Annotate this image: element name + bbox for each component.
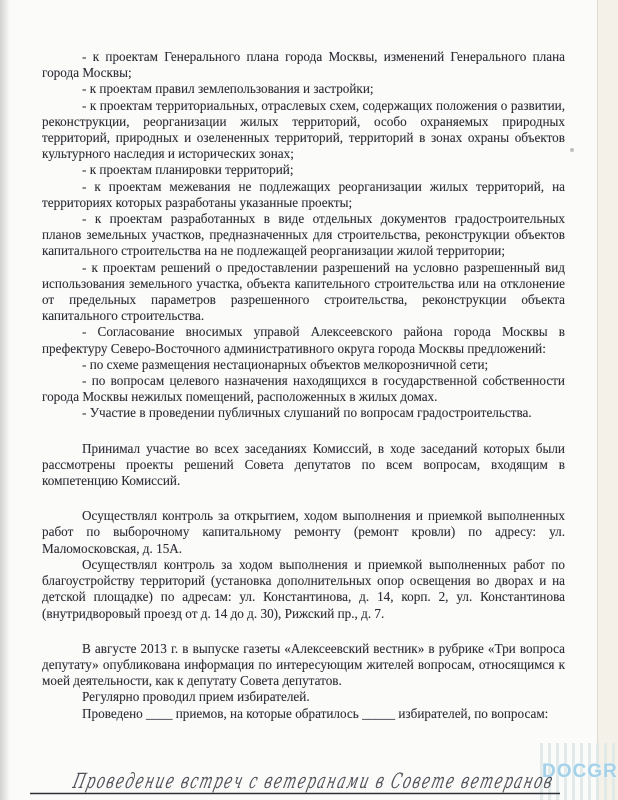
paragraph: - к проектам правил землепользования и з…: [42, 81, 565, 97]
paragraph: В августе 2013 г. в выпуске газеты «Алек…: [42, 641, 565, 690]
scan-edge-shadow: [0, 0, 10, 800]
scanned-document-page: - к проектам Генерального плана города М…: [0, 0, 618, 800]
handwritten-answer-area: Проведение встреч с ветеранами в Совете …: [0, 764, 618, 800]
paragraph: - к проектам территориальных, отраслевых…: [42, 98, 565, 163]
paragraph: Принимал участие во всех заседаниях Коми…: [42, 441, 565, 490]
paragraph: Проведено ____ приемов, на которые обрат…: [42, 706, 565, 722]
paragraph: - Согласование вносимых управой Алексеев…: [42, 324, 565, 356]
paragraph: - к проектам межевания не подлежащих рео…: [42, 179, 565, 211]
paragraph: - к проектам планировки территорий;: [42, 162, 565, 178]
scan-artifact-dot: [570, 148, 574, 152]
paragraph: Регулярно проводил прием избирателей.: [42, 689, 565, 705]
paragraph: - к проектам решений о предоставлении ра…: [42, 260, 565, 325]
document-body: - к проектам Генерального плана города М…: [42, 49, 565, 722]
handwritten-note: Проведение встреч с ветеранами в Совете …: [70, 769, 557, 794]
paragraph: - Участие в проведении публичных слушани…: [42, 405, 565, 421]
paragraph: Осуществлял контроль за открытием, ходом…: [42, 508, 565, 557]
scan-edge-strip: [597, 0, 618, 800]
paragraph: - по вопросам целевого назначения находя…: [42, 373, 565, 405]
paragraph: Осуществлял контроль за ходом выполнения…: [42, 557, 565, 622]
paragraph: - к проектам Генерального плана города М…: [42, 49, 565, 81]
paragraph: - по схеме размещения нестационарных объ…: [42, 357, 565, 373]
paragraph: - к проектам разработанных в виде отдель…: [42, 211, 565, 260]
